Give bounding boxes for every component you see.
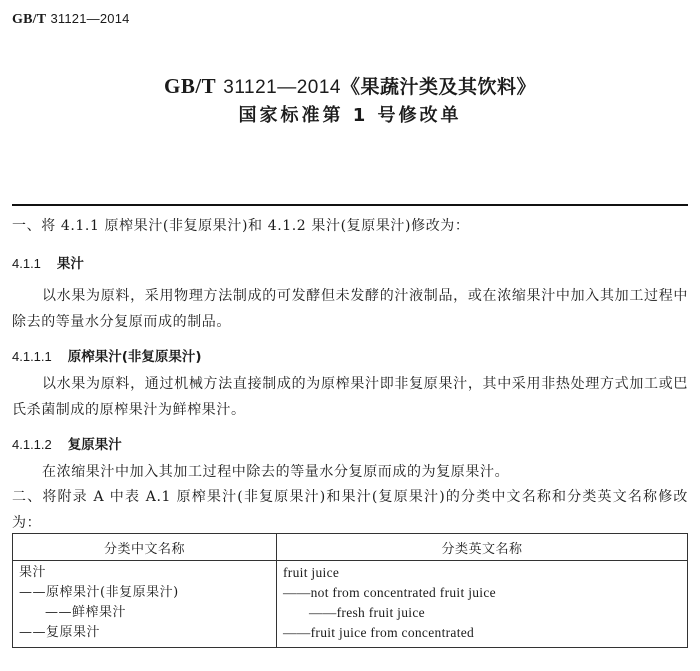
english-name-cell: fruit juice ——not from concentrated frui… bbox=[277, 561, 688, 648]
english-name-from-concentrate: ——fruit juice from concentrated bbox=[283, 623, 681, 643]
english-name-not-from-concentrate: ——not from concentrated fruit juice bbox=[283, 583, 681, 603]
english-name-fruit-juice: fruit juice bbox=[283, 563, 681, 583]
chinese-name-cell: 果汁 ——原榨果汁(非复原果汁) ——鲜榨果汁 ——复原果汁 bbox=[13, 561, 277, 648]
english-name-fresh-juice: ——fresh fruit juice bbox=[283, 603, 681, 623]
table-header-row: 分类中文名称 分类英文名称 bbox=[13, 534, 688, 561]
document-title: GB/T 31121—2014《果蔬汁类及其饮料》 bbox=[0, 72, 700, 99]
table-row: 果汁 ——原榨果汁(非复原果汁) ——鲜榨果汁 ——复原果汁 fruit jui… bbox=[13, 561, 688, 648]
section-text-4-1-1: 以水果为原料，采用物理方法制成的可发酵但未发酵的汁液制品，或在浓缩果汁中加入其加… bbox=[12, 283, 688, 335]
column-header-chinese-name: 分类中文名称 bbox=[13, 534, 277, 561]
section-number: 4.1.1.2 bbox=[12, 437, 52, 452]
section-number: 4.1.1.1 bbox=[12, 349, 52, 364]
standard-code-number: 31121—2014 bbox=[50, 11, 129, 26]
section-text-4-1-1-2: 在浓缩果汁中加入其加工过程中除去的等量水分复原而成的为复原果汁。 bbox=[12, 459, 688, 485]
title-code-prefix: GB/T bbox=[164, 74, 216, 98]
section-text-4-1-1-1: 以水果为原料，通过机械方法直接制成的为原榨果汁即非复原果汁，其中采用非热处理方式… bbox=[12, 371, 688, 423]
header-divider bbox=[12, 204, 688, 206]
amendment-item-1-intro: 一、将 4.1.1 原榨果汁(非复原果汁)和 4.1.2 果汁(复原果汁)修改为… bbox=[12, 213, 688, 239]
section-title: 果汁 bbox=[57, 256, 84, 272]
section-heading-4-1-1-1: 4.1.1.1原榨果汁(非复原果汁) bbox=[12, 345, 202, 365]
section-heading-4-1-1: 4.1.1果汁 bbox=[12, 252, 84, 272]
section-title: 原榨果汁(非复原果汁) bbox=[68, 349, 202, 365]
section-title: 复原果汁 bbox=[68, 437, 122, 453]
chinese-name-fruit-juice: 果汁 bbox=[19, 563, 270, 583]
chinese-name-fresh-juice: ——鲜榨果汁 bbox=[19, 603, 270, 623]
document-subtitle: 国家标准第 1 号修改单 bbox=[0, 101, 700, 127]
standard-code-prefix: GB/T bbox=[12, 12, 46, 27]
amendment-item-2-intro: 二、将附录 A 中表 A.1 原榨果汁(非复原果汁)和果汁(复原果汁)的分类中文… bbox=[12, 484, 688, 536]
title-standard-name: 《果蔬汁类及其饮料》 bbox=[341, 76, 536, 98]
chinese-name-not-from-concentrate: ——原榨果汁(非复原果汁) bbox=[19, 583, 270, 603]
column-header-english-name: 分类英文名称 bbox=[277, 534, 688, 561]
chinese-name-from-concentrate: ——复原果汁 bbox=[19, 623, 270, 643]
running-header: GB/T 31121—2014 bbox=[12, 11, 130, 28]
section-heading-4-1-1-2: 4.1.1.2复原果汁 bbox=[12, 433, 122, 453]
title-code-number: 31121—2014 bbox=[223, 77, 341, 98]
classification-name-table: 分类中文名称 分类英文名称 果汁 ——原榨果汁(非复原果汁) ——鲜榨果汁 ——… bbox=[12, 533, 688, 648]
section-number: 4.1.1 bbox=[12, 256, 41, 271]
